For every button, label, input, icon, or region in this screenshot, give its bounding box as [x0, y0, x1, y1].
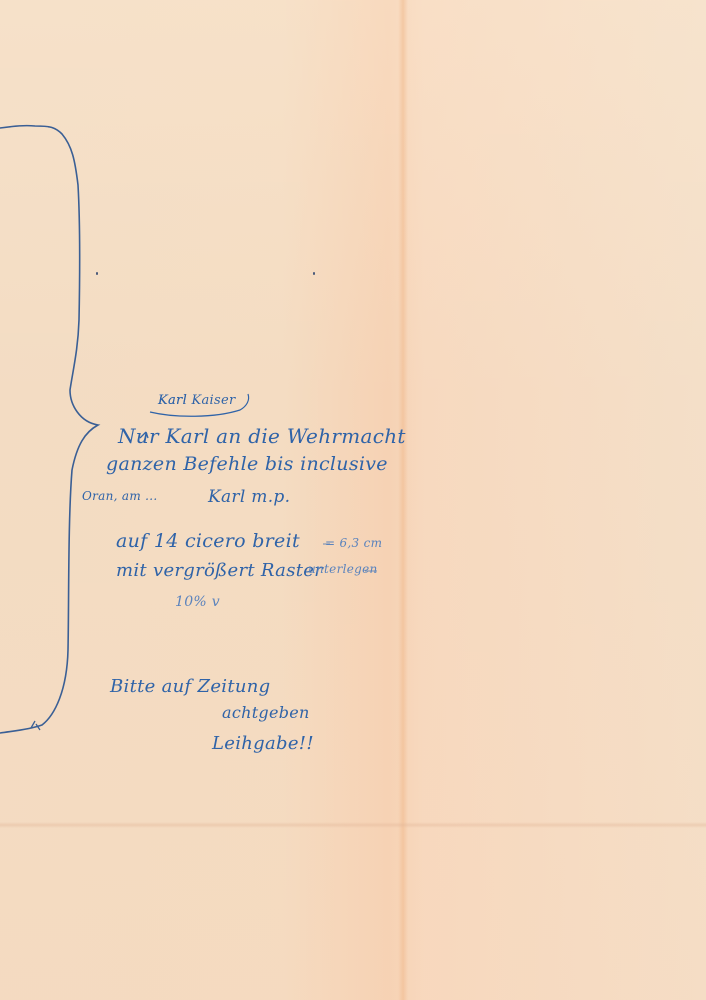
- closing-line-3: Leihgabe!!: [212, 733, 314, 754]
- note-line-1: Nur Karl an die Wehrmacht: [118, 424, 406, 448]
- note-raster-underlay: unterlegen: [308, 562, 378, 576]
- ink-dot: [313, 272, 315, 275]
- note-raster-spec: mit vergrößert Raster: [116, 560, 323, 581]
- note-percentage: 10% v: [175, 594, 220, 610]
- note-line-2: ganzen Befehle bis inclusive: [106, 453, 388, 475]
- closing-line-2: achtgeben: [222, 703, 310, 722]
- document-page: Karl Karl Kaiser Nur Karl an die Wehrmac…: [0, 0, 706, 1000]
- note-line-3-signature: Karl m.p.: [208, 487, 290, 507]
- ink-dot: [96, 272, 98, 275]
- inserted-name-note: Karl Kaiser: [158, 393, 235, 408]
- note-width-spec: auf 14 cicero breit: [116, 530, 300, 552]
- note-width-cm: = 6,3 cm: [325, 536, 382, 550]
- note-line-3-place-date: Oran, am ...: [82, 489, 157, 503]
- closing-line-1: Bitte auf Zeitung: [110, 676, 271, 697]
